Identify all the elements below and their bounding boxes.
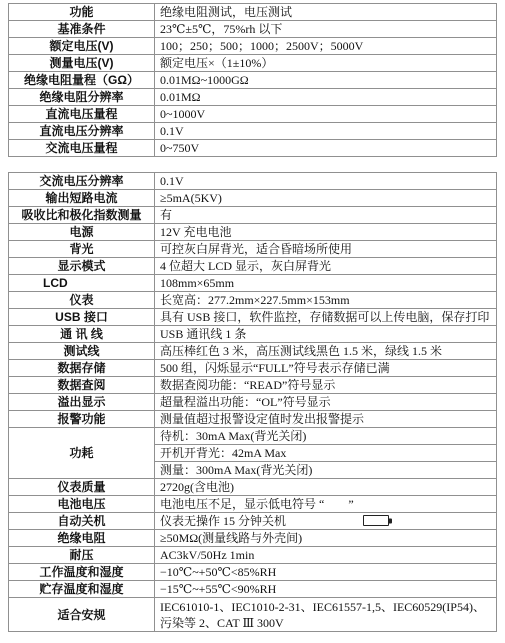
spec-value: −10℃~+50℃<85%RH: [155, 564, 497, 581]
spec-label: 溢出显示: [9, 394, 155, 411]
table-row: LCD 108mm×65mm: [9, 275, 497, 292]
spec-value: 2720g(含电池): [155, 479, 497, 496]
table-row: 直流电压分辨率 0.1V: [9, 123, 497, 140]
spec-label: 功能: [9, 4, 155, 21]
spec-label: LCD: [9, 275, 155, 292]
spec-value: 有: [155, 207, 497, 224]
spec-label: 电源: [9, 224, 155, 241]
table-row: 耐压 AC3kV/50Hz 1min: [9, 547, 497, 564]
spec-label: 额定电压(V): [9, 38, 155, 55]
spec-label: 绝缘电阻量程（GΩ）: [9, 72, 155, 89]
spec-value: 高压棒红色 3 米，高压测试线黑色 1.5 米，绿线 1.5 米: [155, 343, 497, 360]
spec-value: 开机开背光：42mA Max: [155, 445, 497, 462]
spec-label: 交流电压量程: [9, 140, 155, 157]
table-row: 电池电压 电池电压不足，显示低电符号 “ ”: [9, 496, 497, 513]
spec-label: 自动关机: [9, 513, 155, 530]
spec-label: 显示模式: [9, 258, 155, 275]
battery-low-icon: [363, 515, 389, 526]
spec-label: 输出短路电流: [9, 190, 155, 207]
spec-value: 0.01MΩ~1000GΩ: [155, 72, 497, 89]
spec-value: 23℃±5℃，75%rh 以下: [155, 21, 497, 38]
table-row: 数据查阅 数据查阅功能：“READ”符号显示: [9, 377, 497, 394]
table-row: 吸收比和极化指数测量 有: [9, 207, 497, 224]
table-row: 输出短路电流 ≥5mA(5KV): [9, 190, 497, 207]
table-row: 测试线 高压棒红色 3 米，高压测试线黑色 1.5 米，绿线 1.5 米: [9, 343, 497, 360]
spec-value: 12V 充电电池: [155, 224, 497, 241]
spec-value: 0.1V: [155, 123, 497, 140]
table-row: 绝缘电阻分辨率 0.01MΩ: [9, 89, 497, 106]
table-row: 适合安规 IEC61010-1、IEC1010-2-31、IEC61557-1,…: [9, 598, 497, 632]
spec-label: 测量电压(V): [9, 55, 155, 72]
spec-value: 0.1V: [155, 173, 497, 190]
spec-label: 工作温度和湿度: [9, 564, 155, 581]
table-row: 通 讯 线 USB 通讯线 1 条: [9, 326, 497, 343]
table-row: 交流电压分辨率 0.1V: [9, 173, 497, 190]
table-row: 电源 12V 充电电池: [9, 224, 497, 241]
spec-label: 报警功能: [9, 411, 155, 428]
table-row: 报警功能 测量值超过报警设定值时发出报警提示: [9, 411, 497, 428]
table-row: 交流电压量程 0~750V: [9, 140, 497, 157]
spec-label: 仪表质量: [9, 479, 155, 496]
table-row: 仪表 长宽高：277.2mm×227.5mm×153mm: [9, 292, 497, 309]
table-row: 显示模式 4 位超大 LCD 显示，灰白屏背光: [9, 258, 497, 275]
table-row: 绝缘电阻量程（GΩ） 0.01MΩ~1000GΩ: [9, 72, 497, 89]
spec-value: 超量程溢出功能：“OL”符号显示: [155, 394, 497, 411]
table-row-power: 功耗 待机：30mA Max(背光关闭): [9, 428, 497, 445]
spec-value: 待机：30mA Max(背光关闭): [155, 428, 497, 445]
spec-value: ≥50MΩ(测量线路与外壳间): [155, 530, 497, 547]
spec-label: USB 接口: [9, 309, 155, 326]
spec-value: 108mm×65mm: [155, 275, 497, 292]
spec-value: 可控灰白屏背光，适合昏暗场所使用: [155, 241, 497, 258]
spec-label: 通 讯 线: [9, 326, 155, 343]
spec-label: 仪表: [9, 292, 155, 309]
spec-value: 额定电压×（1±10%）: [155, 55, 497, 72]
spec-value: 4 位超大 LCD 显示，灰白屏背光: [155, 258, 497, 275]
spec-value: IEC61010-1、IEC1010-2-31、IEC61557-1,5、IEC…: [155, 598, 497, 632]
table-row: 工作温度和湿度 −10℃~+50℃<85%RH: [9, 564, 497, 581]
spec-label: 交流电压分辨率: [9, 173, 155, 190]
table-row: 仪表质量 2720g(含电池): [9, 479, 497, 496]
table-row: 背光 可控灰白屏背光，适合昏暗场所使用: [9, 241, 497, 258]
spec-value: 500 组，闪烁显示“FULL”符号表示存储已满: [155, 360, 497, 377]
spec-label: 绝缘电阻分辨率: [9, 89, 155, 106]
spec-value: 数据查阅功能：“READ”符号显示: [155, 377, 497, 394]
table-row: 基准条件 23℃±5℃，75%rh 以下: [9, 21, 497, 38]
spec-value: 仪表无操作 15 分钟关机: [155, 513, 497, 530]
spec-label: 适合安规: [9, 598, 155, 632]
spec-value: 0.01MΩ: [155, 89, 497, 106]
spec-value: 电池电压不足，显示低电符号 “ ”: [155, 496, 497, 513]
spec-label: 基准条件: [9, 21, 155, 38]
spec-label: 测试线: [9, 343, 155, 360]
spec-value: −15℃~+55℃<90%RH: [155, 581, 497, 598]
table-row: 自动关机 仪表无操作 15 分钟关机: [9, 513, 497, 530]
spec-label: 贮存温度和湿度: [9, 581, 155, 598]
spec-value: 100；250；500；1000；2500V；5000V: [155, 38, 497, 55]
table-row: 测量电压(V) 额定电压×（1±10%）: [9, 55, 497, 72]
spec-table-detail: 交流电压分辨率 0.1V 输出短路电流 ≥5mA(5KV) 吸收比和极化指数测量…: [8, 172, 497, 632]
table-row: 直流电压量程 0~1000V: [9, 106, 497, 123]
spec-label: 数据查阅: [9, 377, 155, 394]
table-row: USB 接口 具有 USB 接口，软件监控，存储数据可以上传电脑，保存打印: [9, 309, 497, 326]
spec-label: 耐压: [9, 547, 155, 564]
spec-value: AC3kV/50Hz 1min: [155, 547, 497, 564]
spec-label: 绝缘电阻: [9, 530, 155, 547]
spec-table-basic: 功能 绝缘电阻测试，电压测试 基准条件 23℃±5℃，75%rh 以下 额定电压…: [8, 3, 497, 157]
table-row: 溢出显示 超量程溢出功能：“OL”符号显示: [9, 394, 497, 411]
table-row: 绝缘电阻 ≥50MΩ(测量线路与外壳间): [9, 530, 497, 547]
spec-value: ≥5mA(5KV): [155, 190, 497, 207]
table-row: 额定电压(V) 100；250；500；1000；2500V；5000V: [9, 38, 497, 55]
spec-label: 背光: [9, 241, 155, 258]
spec-label: 电池电压: [9, 496, 155, 513]
table-row: 贮存温度和湿度 −15℃~+55℃<90%RH: [9, 581, 497, 598]
spec-value: 绝缘电阻测试，电压测试: [155, 4, 497, 21]
spec-value: 测量值超过报警设定值时发出报警提示: [155, 411, 497, 428]
spec-value: 0~1000V: [155, 106, 497, 123]
spec-value: 长宽高：277.2mm×227.5mm×153mm: [155, 292, 497, 309]
spec-label: 直流电压量程: [9, 106, 155, 123]
spec-label: 吸收比和极化指数测量: [9, 207, 155, 224]
spec-value: 0~750V: [155, 140, 497, 157]
spec-label: 直流电压分辨率: [9, 123, 155, 140]
spec-value: USB 通讯线 1 条: [155, 326, 497, 343]
spec-label: 数据存储: [9, 360, 155, 377]
spec-value: 测量：300mA Max(背光关闭): [155, 462, 497, 479]
table-row: 功能 绝缘电阻测试，电压测试: [9, 4, 497, 21]
table-row: 数据存储 500 组，闪烁显示“FULL”符号表示存储已满: [9, 360, 497, 377]
spec-label: 功耗: [9, 428, 155, 479]
spec-value: 具有 USB 接口，软件监控，存储数据可以上传电脑，保存打印: [155, 309, 497, 326]
